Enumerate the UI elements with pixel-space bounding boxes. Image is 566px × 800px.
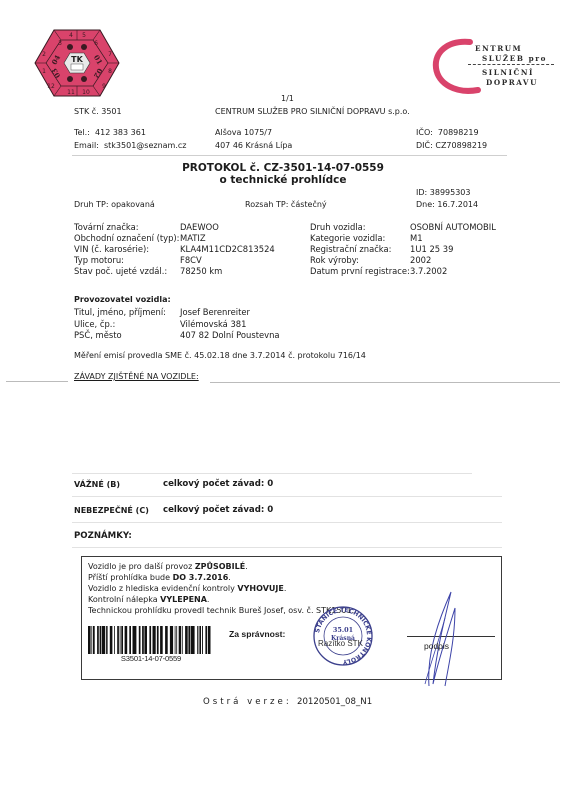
result-fitness-value: ZPŮSOBILÉ: [195, 562, 245, 571]
svg-text:6: 6: [94, 40, 98, 47]
serious-defects-label: VÁŽNÉ (B): [74, 480, 120, 489]
notes-divider: [72, 547, 502, 548]
svg-text:1: 1: [42, 68, 46, 75]
inspection-scope: Rozsah TP: částečný: [245, 200, 327, 209]
phone-value: 412 383 361: [95, 128, 146, 137]
svg-text:12: 12: [47, 83, 55, 90]
result-fitness-suffix: .: [245, 562, 248, 571]
c-arc-icon: [430, 30, 566, 100]
svg-text:4: 4: [69, 32, 73, 39]
dangerous-divider: [72, 522, 502, 523]
email-value[interactable]: stk3501@seznam.cz: [104, 141, 187, 150]
defects-area-bottom: [72, 473, 472, 474]
stk-number: STK č. 3501: [74, 107, 122, 116]
stamp-icon: STANICE TECHNICKÉ KONTROLY 35.01 Krásná: [312, 605, 374, 667]
vehicle-field-label: Rok výroby:: [310, 255, 359, 265]
stk-hexagon-logo: 45 36 27 18 129 1110 TK 04 01 03 02: [34, 28, 120, 98]
next-inspection-suffix: .: [228, 573, 231, 582]
serious-divider: [72, 496, 502, 497]
csd-logo-divider: [468, 64, 554, 65]
street-address: Alšova 1075/7: [215, 128, 272, 137]
serious-defects-count: celkový počet závad: 0: [163, 479, 273, 489]
vehicle-field-value: KLA4M11CD2C813524: [180, 244, 275, 254]
result-registration-check: Vozidlo z hlediska evidenční kontroly VY…: [88, 584, 286, 593]
barcode: [88, 626, 214, 654]
vehicle-field-label: Obchodní označení (typ):: [74, 233, 180, 243]
signature-label: podpis: [424, 641, 449, 651]
next-inspection-text: Příští prohlídka bude: [88, 573, 173, 582]
dic-value: CZ70898219: [435, 141, 487, 150]
operator-field-label: PSČ, město: [74, 330, 122, 340]
vehicle-field-value: OSOBNÍ AUTOMOBIL: [410, 222, 496, 232]
sticker-text: Kontrolní nálepka: [88, 595, 160, 604]
next-inspection-date: DO 3.7.2016: [173, 573, 229, 582]
vehicle-field-value: 78250 km: [180, 266, 222, 276]
result-fitness: Vozidlo je pro další provoz ZPŮSOBILÉ.: [88, 562, 248, 571]
notes-label: POZNÁMKY:: [74, 531, 132, 541]
operator-field-value: Josef Berenreiter: [180, 307, 250, 317]
csd-logo-line3: SILNIČNÍ: [482, 68, 534, 77]
vehicle-field-value: 1U1 25 39: [410, 244, 453, 254]
operator-field-label: Titul, jméno, příjmení:: [74, 307, 166, 317]
svg-text:2: 2: [42, 51, 46, 58]
inspection-type: Druh TP: opakovaná: [74, 200, 155, 209]
operator-field-label: Ulice, čp.:: [74, 319, 115, 329]
za-spravnost-label: Za správnost:: [229, 629, 285, 639]
vehicle-field-value: DAEWOO: [180, 222, 219, 232]
vehicle-field-value: F8CV: [180, 255, 202, 265]
page-number: 1/1: [281, 94, 294, 103]
result-next-inspection: Příští prohlídka bude DO 3.7.2016.: [88, 573, 231, 582]
csd-logo: ENTRUM SLUŽEB pro SILNIČNÍ DOPRAVU: [430, 30, 566, 100]
ico-line: IČO: 70898219: [416, 128, 479, 137]
svg-text:8: 8: [108, 68, 112, 75]
defects-divider-right: [210, 382, 560, 383]
vehicle-field-label: Stav poč. ujeté vzdál.:: [74, 266, 167, 276]
vehicle-field-label: Registrační značka:: [310, 244, 391, 254]
svg-text:7: 7: [108, 51, 112, 58]
protocol-date: Dne: 16.7.2014: [416, 200, 478, 209]
phone-label: Tel.:: [74, 128, 90, 137]
version-label: Ostrá verze:: [203, 697, 292, 707]
vehicle-field-label: Kategorie vozidla:: [310, 233, 385, 243]
operator-field-value: Vilémovská 381: [180, 319, 246, 329]
svg-text:9: 9: [102, 83, 106, 90]
svg-text:35.01: 35.01: [333, 626, 353, 634]
header-divider: [72, 155, 507, 156]
vehicle-field-label: Datum první registrace:: [310, 266, 410, 276]
email-line: Email: stk3501@seznam.cz: [74, 141, 186, 150]
protocol-title: PROTOKOL č. CZ-3501-14-07-0559: [0, 162, 566, 174]
vehicle-field-value: 2002: [410, 255, 431, 265]
dangerous-defects-count: celkový počet závad: 0: [163, 505, 273, 515]
registration-check-value: VYHOVUJE: [237, 584, 283, 593]
dic-line: DIČ: CZ70898219: [416, 141, 487, 150]
result-fitness-text: Vozidlo je pro další provoz: [88, 562, 195, 571]
registration-check-text: Vozidlo z hlediska evidenční kontroly: [88, 584, 237, 593]
csd-logo-line1: ENTRUM: [475, 44, 522, 53]
protocol-id: ID: 38995303: [416, 188, 470, 197]
vehicle-field-label: VIN (č. karosérie):: [74, 244, 149, 254]
protocol-subtitle: o technické prohlídce: [0, 174, 566, 186]
ico-label: IČO:: [416, 128, 433, 137]
vehicle-field-label: Typ motoru:: [74, 255, 124, 265]
operator-heading: Provozovatel vozidla:: [74, 295, 171, 304]
vehicle-field-value: 3.7.2002: [410, 266, 447, 276]
result-sticker: Kontrolní nálepka VYLEPENA.: [88, 595, 209, 604]
vehicle-field-value: M1: [410, 233, 423, 243]
sticker-suffix: .: [207, 595, 210, 604]
version-value: 20120501_08_N1: [297, 697, 372, 707]
vehicle-field-label: Tovární značka:: [74, 222, 139, 232]
phone-line: Tel.: 412 383 361: [74, 128, 146, 137]
dic-label: DIČ:: [416, 141, 433, 150]
svg-text:5: 5: [82, 32, 86, 39]
dangerous-defects-label: NEBEZPEČNÉ (C): [74, 506, 149, 515]
registration-check-suffix: .: [284, 584, 287, 593]
csd-logo-line4: DOPRAVU: [486, 78, 538, 87]
operator-field-value: 407 82 Dolní Poustevna: [180, 330, 280, 340]
signature-scribble-icon: [415, 588, 463, 688]
email-label: Email:: [74, 141, 99, 150]
svg-text:3: 3: [58, 40, 62, 47]
svg-text:10: 10: [82, 89, 90, 96]
vehicle-field-label: Druh vozidla:: [310, 222, 366, 232]
defects-heading: ZÁVADY ZJIŠTĚNÉ NA VOZIDLE:: [74, 372, 199, 381]
sticker-value: VYLEPENA: [160, 595, 207, 604]
svg-text:11: 11: [67, 89, 75, 96]
defects-divider-left: [6, 381, 68, 382]
vehicle-field-value: MATIZ: [180, 233, 206, 243]
stamp-label: Razítko STK: [318, 639, 363, 648]
svg-text:TK: TK: [71, 55, 83, 64]
city-address: 407 46 Krásná Lípa: [215, 141, 292, 150]
organization-name: CENTRUM SLUŽEB PRO SILNIČNÍ DOPRAVU s.p.…: [215, 107, 410, 116]
emissions-note: Měření emisí provedla SME č. 45.02.18 dn…: [74, 351, 366, 360]
csd-logo-line2: SLUŽEB pro: [482, 54, 547, 63]
barcode-text: S3501-14-07-0559: [88, 654, 214, 663]
ico-value: 70898219: [438, 128, 479, 137]
